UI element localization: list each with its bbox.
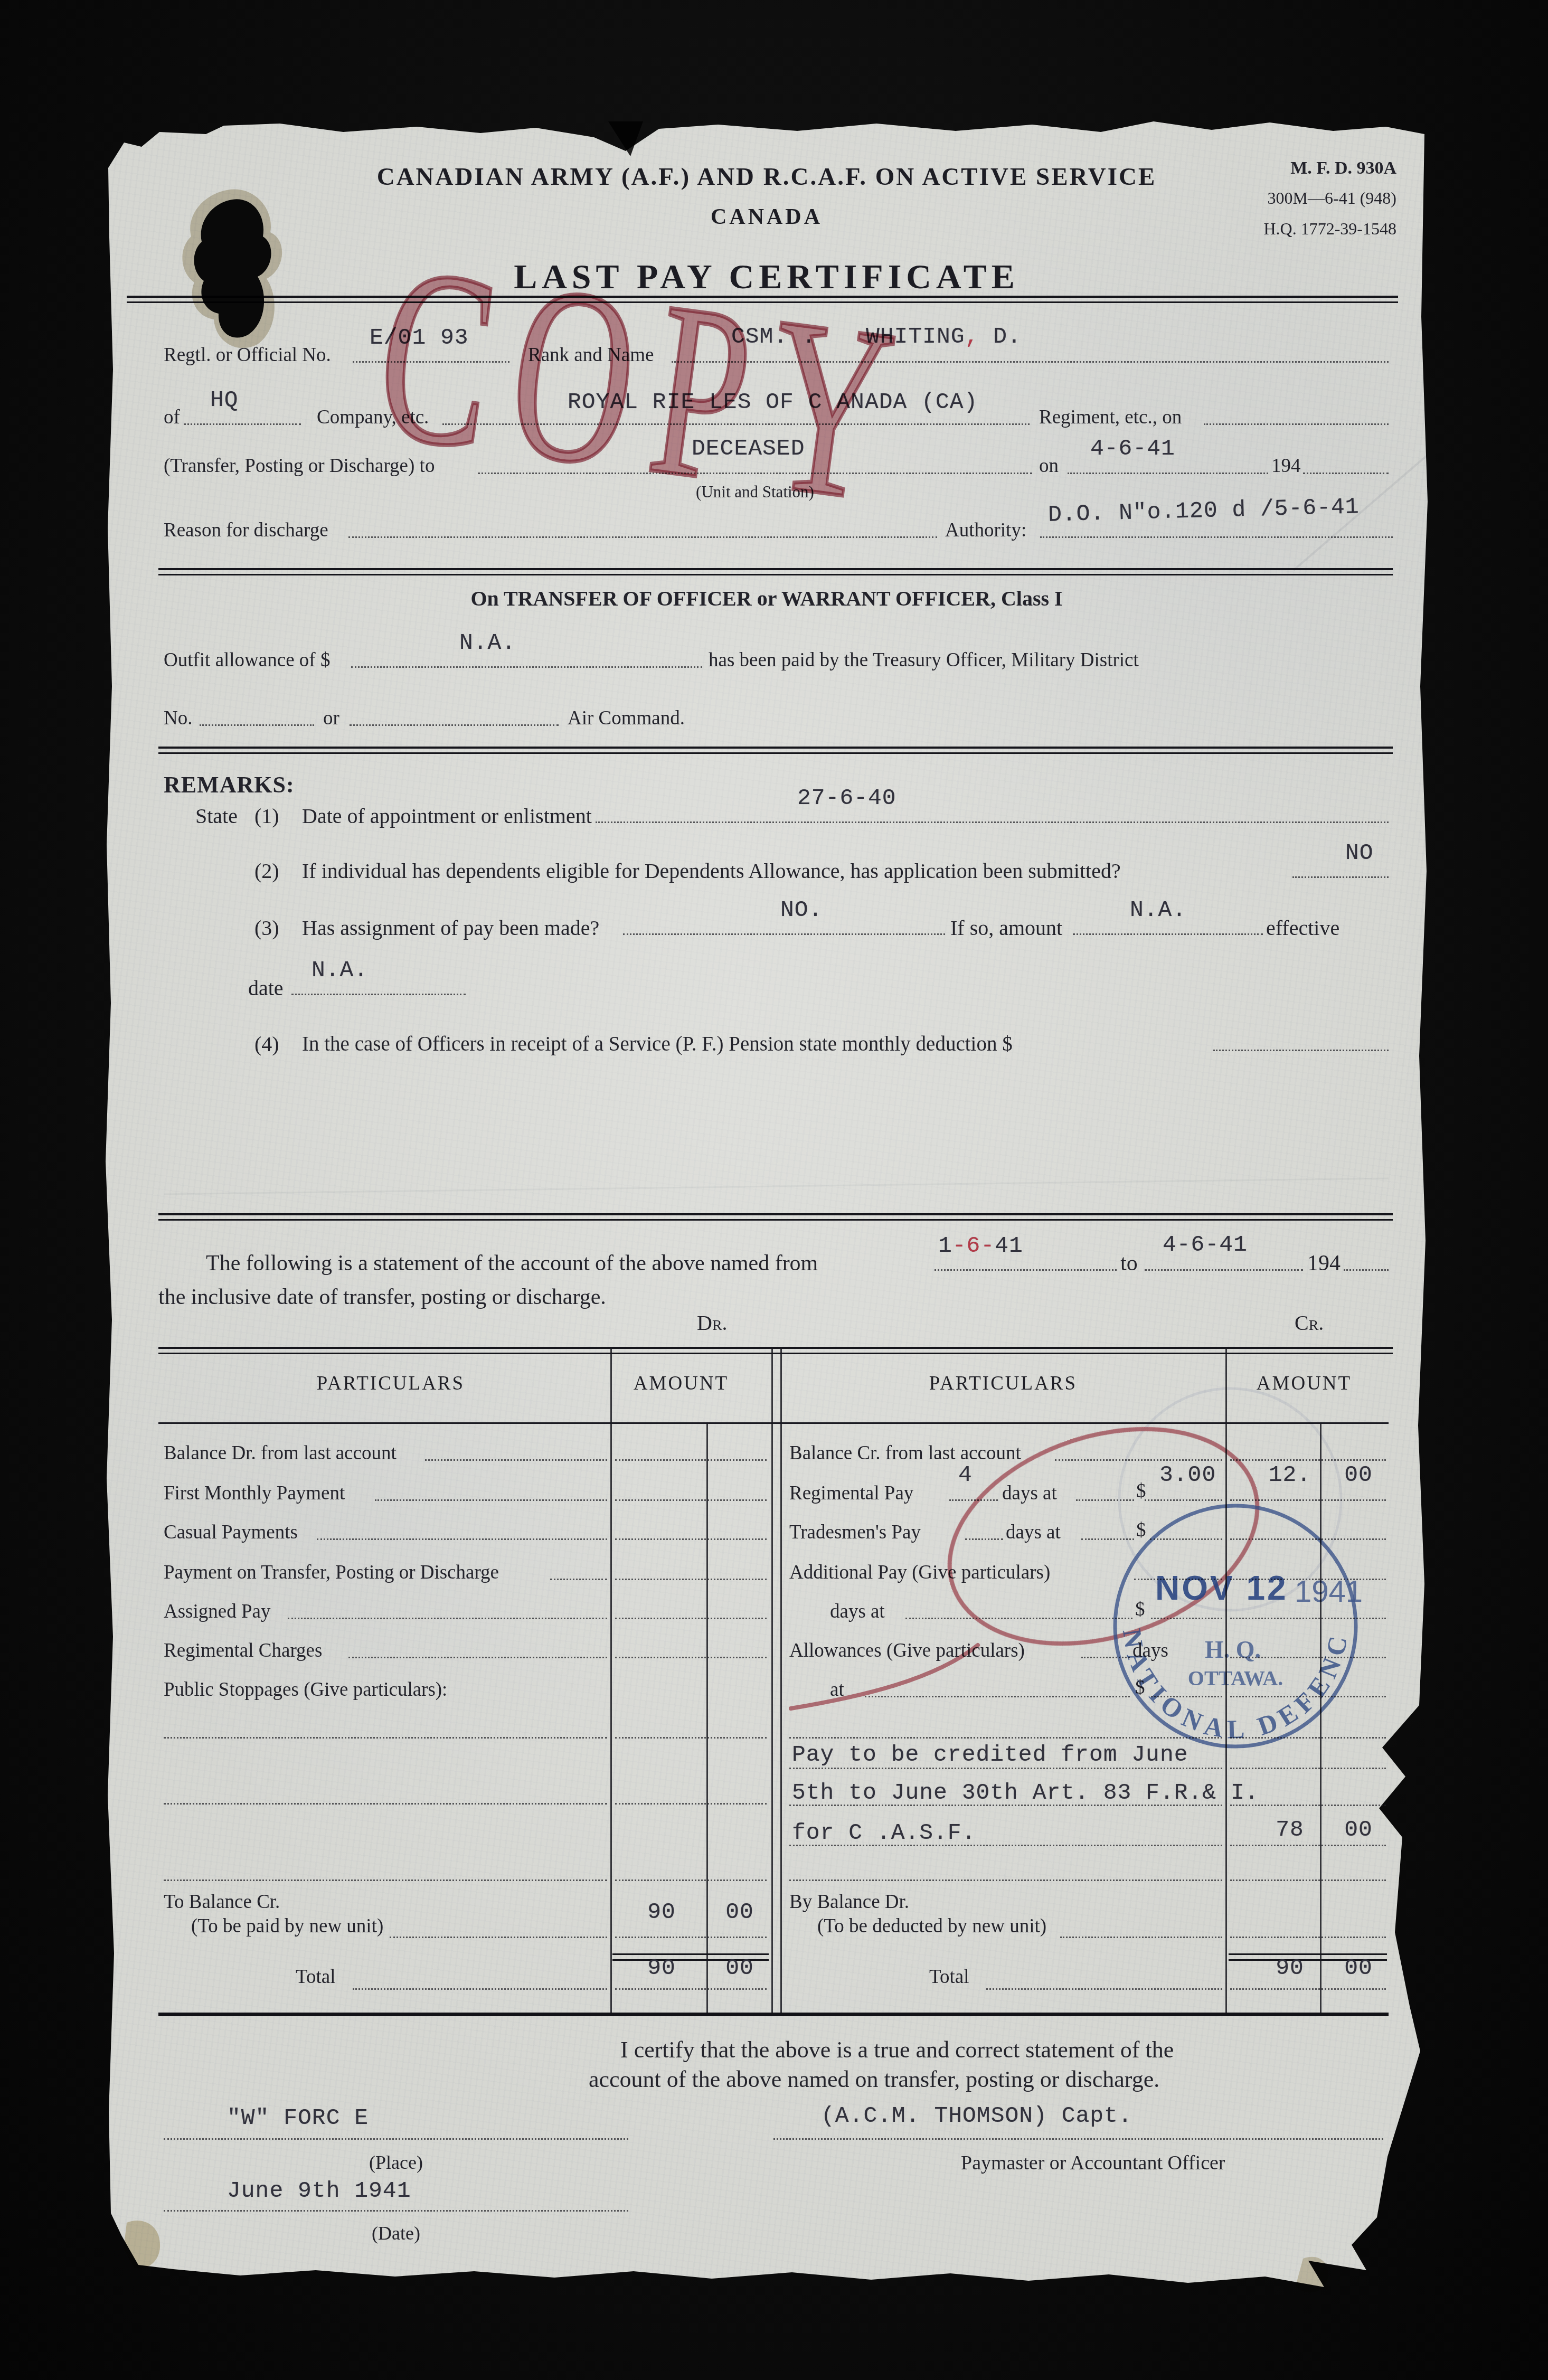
dotted-line [615,1459,767,1461]
dotted-line [1230,1937,1386,1938]
dotted-line [164,1737,607,1739]
certify-line2: account of the above named on transfer, … [589,2066,1159,2092]
remarks-item3-amount-label: If so, amount [950,917,1062,940]
dotted-line [615,1937,767,1938]
dotted-line [1230,1579,1386,1580]
dotted-line [425,1459,607,1461]
dotted-line [1303,473,1389,474]
divider-rule [158,1213,1393,1221]
dotted-line [615,1880,767,1881]
dotted-line [164,1880,607,1881]
remarks-item2-label: If individual has dependents eligible fo… [302,860,1121,883]
dotted-line [615,1803,767,1805]
table-vline [1320,1422,1322,2014]
cr-total-dollars: 90 [1250,1957,1329,1979]
dollar-sign: $ [1136,1519,1146,1541]
cr-regpay-label: Regimental Pay [789,1482,913,1504]
dotted-line [615,1657,767,1658]
remarks-item1-label: Date of appointment or enlistment [302,805,592,828]
cr-total-label: Total [929,1966,969,1988]
dotted-line [1230,1805,1386,1806]
outfit-label: Outfit allowance of $ [164,649,330,671]
dotted-line [1151,1618,1222,1619]
cr-credited-cents: 00 [1319,1818,1398,1841]
date-label: (Date) [372,2223,420,2244]
dr-amount-header: AMOUNT [634,1374,729,1393]
of-label: of [164,407,180,428]
dotted-line [164,2210,628,2212]
dollar-sign: $ [1135,1677,1145,1698]
dollar-sign: $ [1135,1599,1145,1620]
cr-credited-line2: 5th to June 30th Art. 83 F.R.& I. [792,1781,1259,1804]
dotted-line [1145,1499,1222,1501]
dotted-line [390,1937,607,1938]
dotted-line [1230,1657,1386,1658]
outfit-value: N.A. [459,631,516,654]
cr-regpay-days-value: 4 [958,1463,973,1486]
dotted-line [288,1618,607,1619]
copy-stamp: COPY [366,227,926,544]
dotted-line [353,1988,607,1990]
dotted-line [1230,1880,1386,1881]
table-bottom-rule [158,2013,1389,2016]
remarks-item3-value: NO. [780,899,823,921]
name-initial: D. [979,324,1021,350]
cr-by-balance-sub: (To be deducted by new unit) [817,1915,1046,1937]
state-label: State [195,805,238,828]
dr-row-label: Balance Dr. from last account [164,1442,397,1464]
header-army-line: CANADIAN ARMY (A.F.) AND R.C.A.F. ON ACT… [377,165,1157,190]
dotted-line [789,1737,1222,1739]
place-value: "W" FORC E [227,2107,369,2129]
dotted-line [550,1579,607,1580]
dotted-line [1230,1538,1386,1540]
dotted-line [1230,1768,1386,1769]
statement-year-label: 194 [1307,1251,1341,1276]
cr-amount-header: AMOUNT [1257,1374,1352,1393]
dotted-line [789,1880,1222,1881]
dotted-line [789,1768,1222,1769]
cr-regpay-dollars: 12. [1250,1463,1329,1486]
dotted-line [615,1737,767,1739]
dotted-line [1145,1269,1303,1271]
dotted-line [1150,1538,1222,1540]
table-header-rule [158,1422,1389,1424]
from-year: 41 [995,1233,1023,1259]
cr-days-at-label: days at [1002,1482,1057,1504]
transfer-section-heading: On TRANSFER OF OFFICER or WARRANT OFFICE… [470,587,1062,611]
dotted-line [1081,1538,1134,1540]
table-vline [706,1422,708,2014]
dotted-line [1230,1845,1386,1846]
dotted-line [615,1538,767,1540]
cr-regpay-rate: 3.00 [1159,1463,1216,1486]
regiment-label: Regiment, etc., on [1039,407,1182,428]
dotted-line [623,933,945,935]
dotted-line [1292,876,1389,878]
dr-row-label: Casual Payments [164,1522,298,1543]
document-scan: CANADIAN ARMY (A.F.) AND R.C.A.F. ON ACT… [0,0,1548,2380]
dotted-line [773,2138,1383,2140]
cr-at-word: at [830,1679,844,1701]
dr-total-label: Total [296,1966,336,1988]
divider-rule [158,568,1393,575]
dotted-line [615,1579,767,1580]
header-country: CANADA [711,206,823,228]
from-digit: 1 [938,1233,952,1259]
dotted-line [1151,1696,1222,1697]
table-vline [780,1347,782,2014]
cr-particulars-header: PARTICULARS [929,1374,1077,1393]
dotted-line [350,724,559,726]
dotted-line [1230,1737,1386,1739]
dotted-line [1204,423,1389,425]
year-label: 194 [1271,455,1301,477]
signature-value: (A.C.M. THOMSON) Capt. [821,2104,1132,2127]
dotted-line [1060,1937,1222,1938]
remarks-item4-label: In the case of Officers in receipt of a … [302,1033,1013,1056]
dotted-line [375,1499,607,1501]
dotted-line [291,994,466,995]
dr-row-label: First Monthly Payment [164,1482,345,1504]
name-comma: , [965,324,979,350]
dr-balance-cents: 00 [700,1901,779,1923]
dr-balance-dollars: 90 [622,1901,701,1923]
remarks-item3-num: (3) [254,917,279,940]
remarks-date-label: date [248,977,284,1000]
dr-row-label: Public Stoppages (Give particulars): [164,1679,447,1701]
dotted-line [164,2138,628,2140]
dotted-line [596,821,1389,823]
date-value: June 9th 1941 [227,2179,411,2202]
remarks-item3-amount-value: N.A. [1130,899,1186,921]
form-ref-2: 300M—6-41 (948) [1268,189,1396,208]
dotted-line [200,724,314,726]
signature-label: Paymaster or Accountant Officer [961,2152,1225,2175]
regtl-label: Regtl. or Official No. [164,344,331,366]
remarks-item3-label: Has assignment of pay been made? [302,917,599,940]
dotted-line [1068,473,1268,474]
air-command-label: Air Command. [568,707,685,729]
divider-rule [158,747,1393,754]
dotted-line [789,1805,1222,1806]
table-vline [1225,1347,1227,2014]
on-label: on [1039,455,1059,477]
dotted-line [615,1499,767,1501]
statement-intro1: The following is a statement of the acco… [206,1251,818,1276]
certify-line1: I certify that the above is a true and c… [620,2037,1174,2063]
dotted-line [1081,1657,1130,1658]
dotted-line [1040,536,1393,538]
cr-credited-dollars: 78 [1250,1818,1329,1841]
cr-tradesmen-label: Tradesmen's Pay [789,1522,921,1543]
dotted-line [348,1657,607,1658]
dotted-line [351,666,702,668]
dotted-line [935,1269,1117,1271]
remarks-item2-value: NO [1345,842,1374,864]
dotted-line [1055,1459,1222,1461]
dotted-line [949,1499,998,1501]
remarks-item1-num: (1) [254,805,279,828]
statement-to-value: 4-6-41 [1163,1233,1248,1256]
cr-credited-line3: for C .A.S.F. [792,1821,976,1844]
remarks-item3-effective-label: effective [1266,917,1339,940]
dr-particulars-header: PARTICULARS [317,1374,465,1393]
dotted-line [1230,1618,1386,1619]
cr-days-at2-label: days at [830,1601,885,1622]
reason-label: Reason for discharge [164,520,328,541]
form-ref-3: H.Q. 1772-39-1548 [1263,220,1396,239]
cr-column-label: Cr. [1295,1311,1324,1335]
dr-row-label: Assigned Pay [164,1601,270,1622]
table-vline [610,1347,612,2014]
statement-from-value: 1-6-41 [938,1234,1023,1257]
table-top-rule [158,1347,1393,1354]
dotted-line [1073,933,1263,935]
dotted-line [905,1618,1132,1619]
cr-days-at-label: days at [1006,1522,1061,1543]
of-value: HQ [210,389,239,411]
dotted-line [865,1696,1130,1697]
dr-row-label: Regimental Charges [164,1640,322,1661]
statement-intro2: the inclusive date of transfer, posting … [158,1285,606,1310]
dotted-line [164,1803,607,1805]
statement-to-label: to [1120,1251,1138,1276]
dr-balance-label: To Balance Cr. [164,1891,280,1913]
cr-by-balance-label: By Balance Dr. [789,1891,909,1913]
dotted-line [1134,1579,1222,1580]
dotted-line [615,1988,767,1990]
remarks-date-value: N.A. [312,959,368,981]
remarks-item4-num: (4) [254,1033,279,1056]
outfit-rest-label: has been paid by the Treasury Officer, M… [709,649,1139,671]
dotted-line [789,1845,1222,1846]
remarks-item1-value: 27-6-40 [797,787,896,809]
authority-label: Authority: [945,520,1026,541]
from-mid: -6- [952,1233,995,1259]
dr-total-dollars: 90 [622,1957,701,1979]
dr-total-cents: 00 [700,1957,779,1979]
transfer-date-value: 4-6-41 [1090,437,1175,460]
dotted-line [965,1538,1003,1540]
place-label: (Place) [369,2152,423,2173]
dr-balance-sub: (To be paid by new unit) [191,1915,383,1937]
dotted-line [1344,1269,1389,1271]
cr-total-cents: 00 [1319,1957,1398,1979]
dotted-line [1230,1499,1386,1501]
or-label: or [323,707,339,729]
dotted-line [1213,1050,1389,1051]
dotted-line [1230,1696,1386,1697]
cr-additional-label: Additional Pay (Give particulars) [789,1562,1050,1583]
cr-allowances-label: Allowances (Give particulars) [789,1640,1025,1661]
dotted-line [184,423,301,425]
remarks-heading: REMARKS: [164,772,295,798]
dotted-line [986,1988,1222,1990]
cr-credited-line1: Pay to be credited from June [792,1743,1188,1766]
dotted-line [1230,1459,1386,1461]
dr-column-label: Dr. [697,1311,728,1335]
dotted-line [317,1538,607,1540]
dotted-line [1230,1988,1386,1990]
dr-row-label: Payment on Transfer, Posting or Discharg… [164,1562,499,1583]
cr-regpay-cents: 00 [1319,1463,1398,1486]
form-ref-1: M. F. D. 930A [1290,158,1396,178]
cr-row-label: Balance Cr. from last account [789,1442,1021,1464]
remarks-item2-num: (2) [254,860,279,883]
no-label: No. [164,707,192,729]
cr-days-word: days [1132,1640,1168,1661]
dotted-line [615,1618,767,1619]
dotted-line [1076,1499,1134,1501]
